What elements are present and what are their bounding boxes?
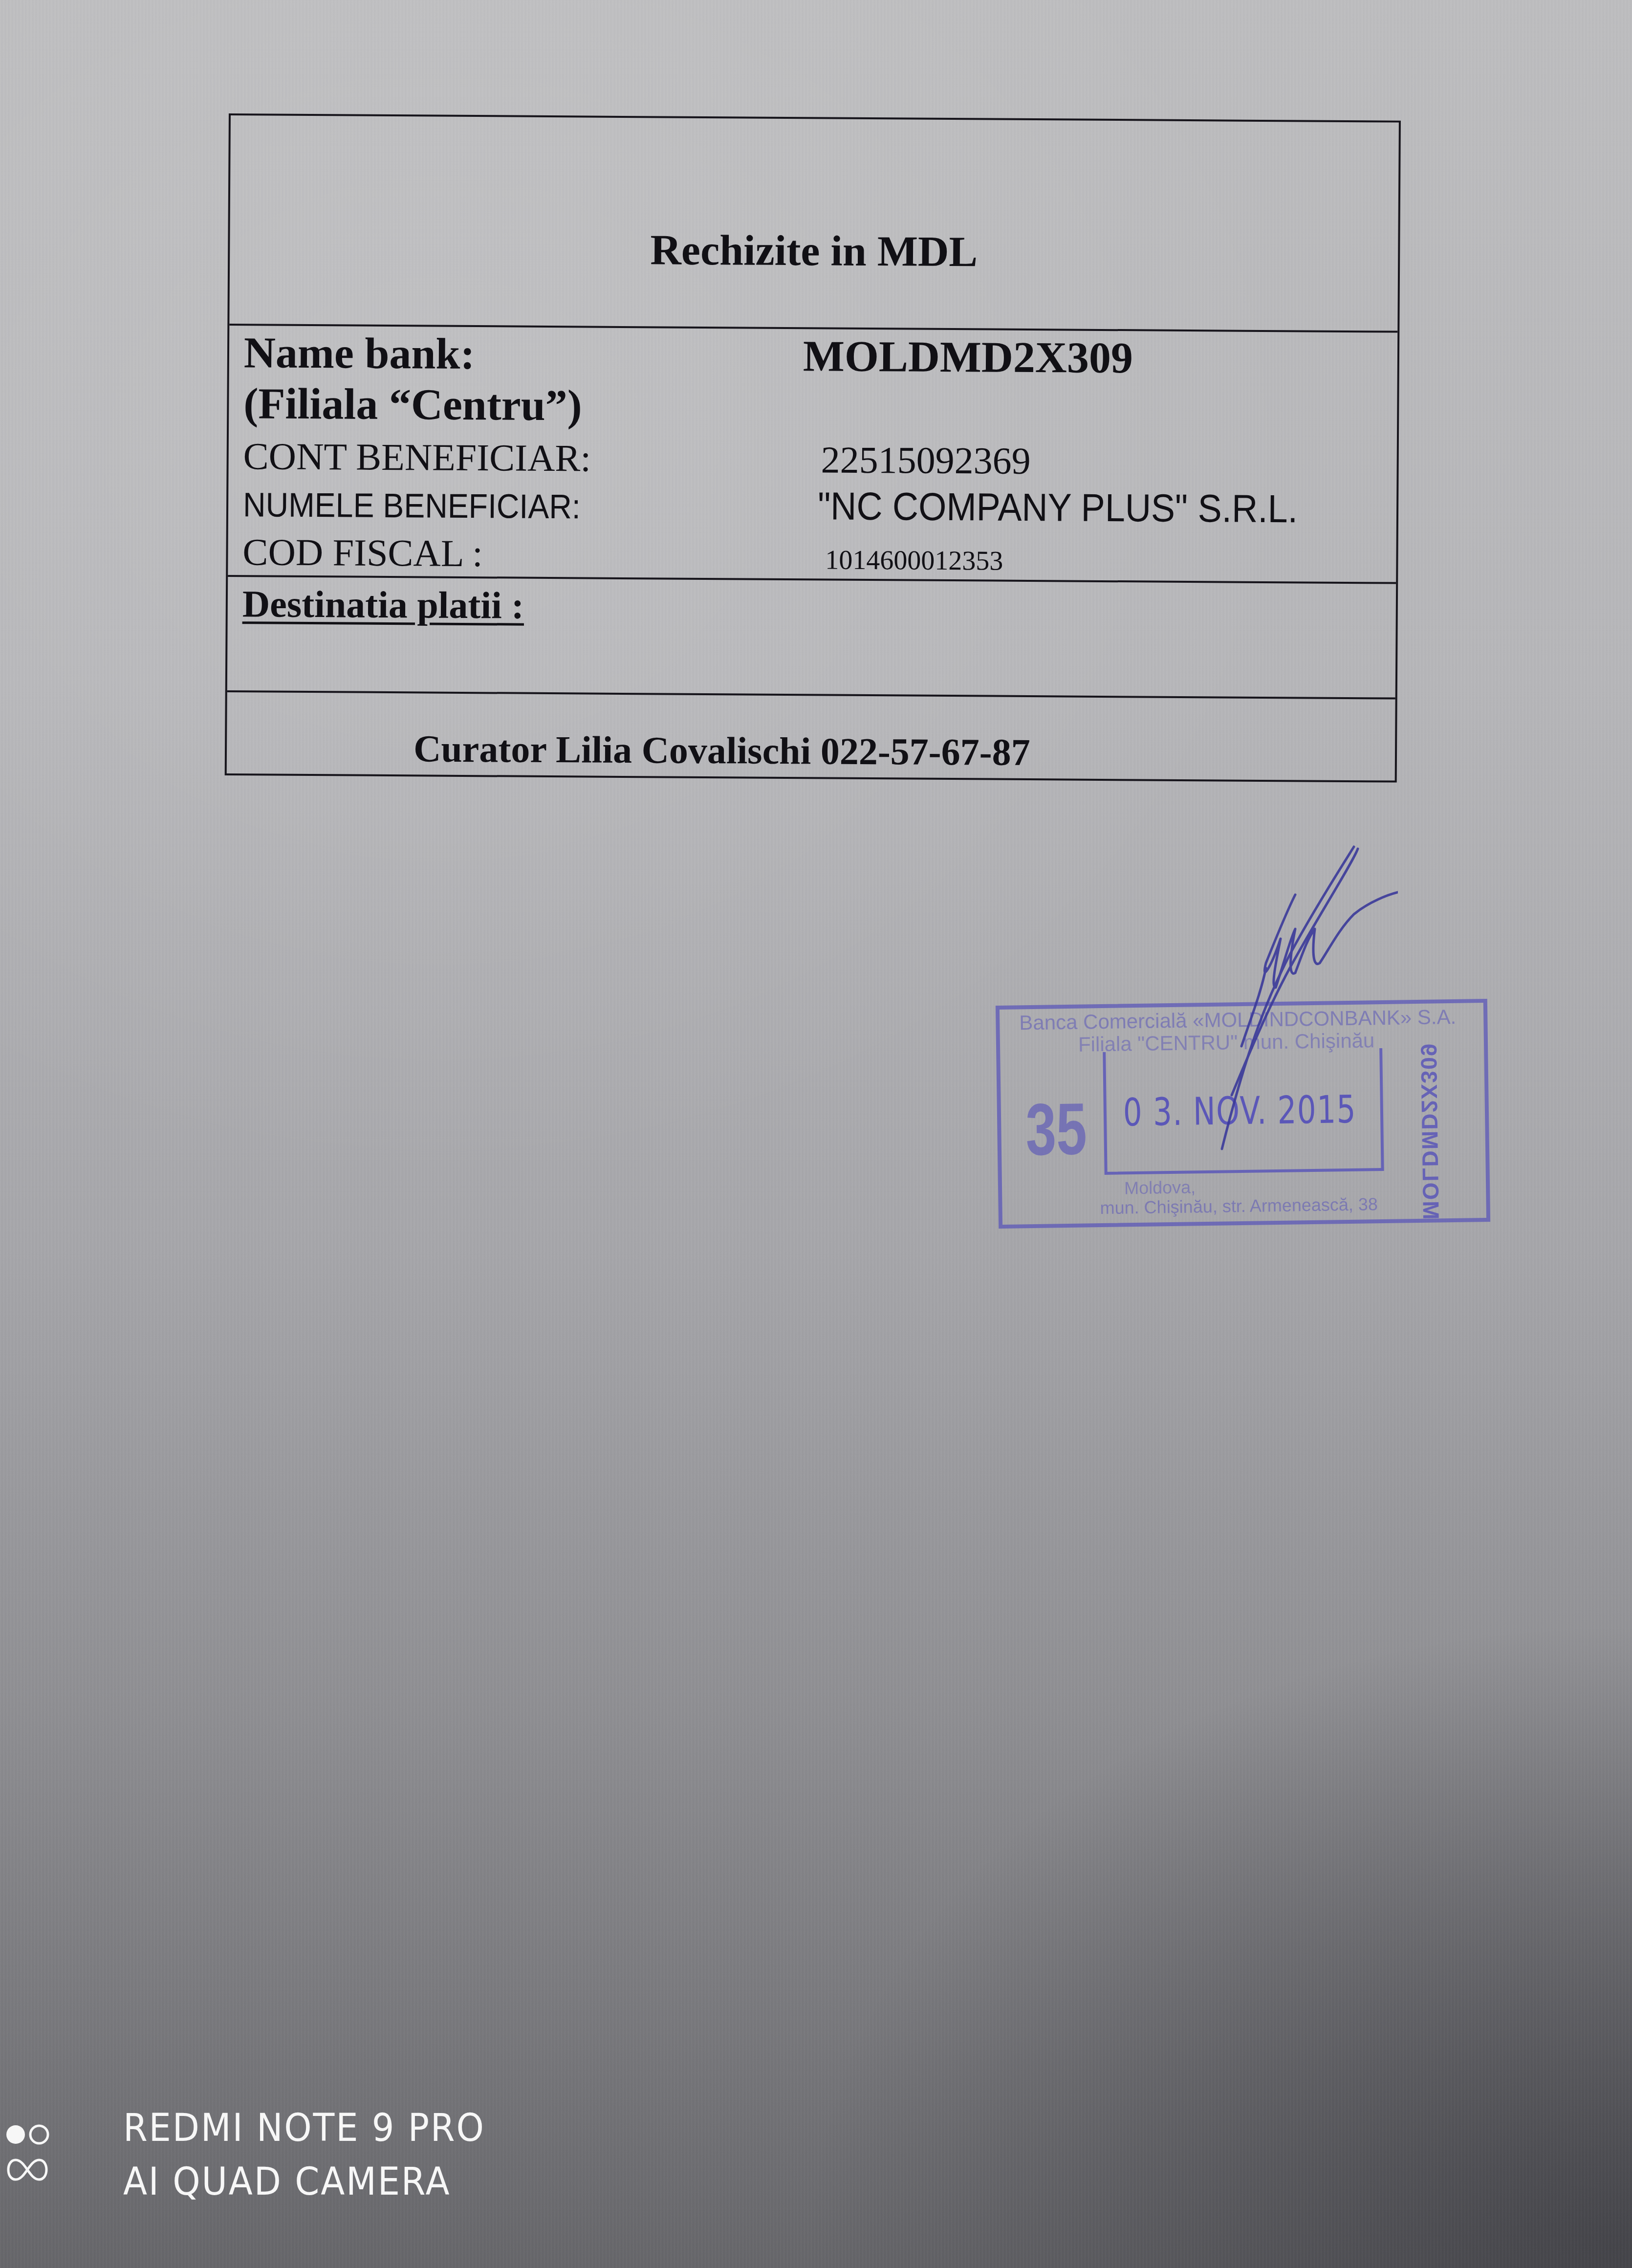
beneficiary-value: "NC COMPANY PLUS" S.R.L. — [818, 484, 1298, 531]
quad-camera-logo-icon — [6, 2111, 50, 2193]
stamp-address-line2: mun. Chişinău, str. Armenească, 38 — [1100, 1194, 1378, 1218]
payment-destination-row: Destinatia platii : — [227, 577, 1396, 700]
curator-row: Curator Lilia Covalischi 022-57-67-87 — [227, 692, 1395, 781]
account-label: CONT BENEFICIAR: — [243, 434, 591, 480]
account-value: 22515092369 — [821, 438, 1031, 483]
curator-contact: Curator Lilia Covalischi 022-57-67-87 — [413, 727, 1030, 774]
watermark-model: REDMI NOTE 9 PRO — [123, 2106, 485, 2150]
watermark-camera: AI QUAD CAMERA — [123, 2160, 451, 2204]
fiscal-code-value: 1014600012353 — [825, 544, 1003, 576]
document-title: Rechizite in MDL — [650, 225, 978, 277]
requisites-table: Rechizite in MDL Name bank: MOLDMD2X309 … — [225, 113, 1401, 783]
beneficiary-label: NUMELE BENEFICIAR: — [243, 485, 581, 526]
title-row: Rechizite in MDL — [229, 115, 1399, 333]
bank-bic-value: MOLDMD2X309 — [803, 331, 1133, 383]
stamp-bic: MOLDMD2X309 — [1415, 1042, 1444, 1220]
signature-icon — [1193, 841, 1398, 1154]
stamp-address-line1: Moldova, — [1124, 1177, 1196, 1198]
stamp-number: 35 — [1025, 1086, 1088, 1172]
bank-branch-label: (Filiala “Centru”) — [243, 378, 582, 431]
bank-name-label: Name bank: — [244, 328, 475, 379]
payment-destination-label: Destinatia platii : — [242, 582, 524, 628]
fiscal-code-label: COD FISCAL : — [242, 530, 483, 575]
bank-details-row: Name bank: MOLDMD2X309 (Filiala “Centru”… — [228, 326, 1397, 584]
